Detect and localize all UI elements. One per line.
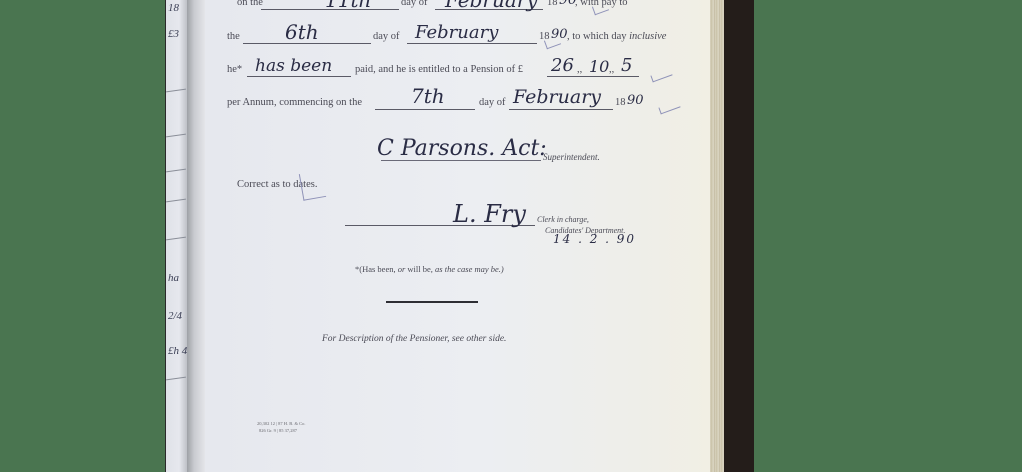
footnote-italic: as the case may be.)	[435, 264, 504, 274]
footnote-or: or	[398, 264, 406, 274]
pencil-tick-icon	[658, 101, 680, 115]
margin-rule	[166, 89, 186, 93]
left-page-edge: 18 £3 ha 2/4 £h 4	[165, 0, 188, 472]
line2-day: 6th	[285, 20, 319, 44]
line4-day: 7th	[411, 84, 445, 108]
divider	[386, 301, 478, 303]
margin-mark: £h 4	[168, 345, 187, 357]
margin-mark: 2/4	[168, 310, 182, 322]
line3-status: has been	[255, 56, 332, 76]
line2-suffix-text: , to which day	[567, 31, 627, 42]
line2-mid: day of	[373, 31, 400, 42]
clerk-title-line1: Clerk in charge,	[537, 215, 589, 224]
margin-rule	[166, 377, 186, 381]
line2-prefix: the	[227, 31, 240, 42]
book-gutter	[187, 0, 205, 472]
printer-imprint-line2: 826 Gr. 9 | 85 37,287	[259, 428, 297, 433]
margin-mark: 18	[168, 2, 179, 14]
margin-mark: ha	[168, 272, 179, 284]
printer-imprint-line1: 20,302 12 | 87 H. B. & Co.	[257, 421, 306, 426]
margin-rule	[166, 134, 186, 138]
pencil-tick-icon	[299, 170, 326, 201]
pencil-tick-icon	[650, 69, 672, 83]
line4-month: February	[513, 86, 601, 108]
book-cover	[724, 0, 754, 472]
document-page: on the 11th day of February 18 90 , with…	[205, 0, 710, 472]
footnote: *(Has been, or will be, as the case may …	[355, 264, 504, 274]
description-note: For Description of the Pensioner, see ot…	[322, 334, 506, 344]
superintendent-title: Superintendent.	[543, 152, 600, 162]
footnote-will-be: will be,	[407, 264, 433, 274]
line3-shillings: 10	[589, 57, 609, 76]
footnote-prefix: *(Has been,	[355, 264, 396, 274]
line4-prefix: per Annum, commencing on the	[227, 97, 362, 108]
line3-prefix: he*	[227, 64, 242, 75]
superintendent-signature: C Parsons. Act:	[377, 136, 547, 161]
line3-sep1: ,,	[577, 64, 582, 75]
line1-day: 11th	[325, 0, 371, 12]
line2-suffix-italic: inclusive	[629, 31, 666, 42]
line3-pounds: 26	[551, 55, 574, 76]
clerk-signature: L. Fry	[453, 200, 526, 228]
clerk-date: 14 . 2 . 90	[553, 232, 636, 246]
line1-mid: day of	[401, 0, 428, 8]
margin-rule	[166, 199, 186, 203]
line3-mid: paid, and he is entitled to a Pension of…	[355, 64, 523, 75]
line3-sep2: ,,	[609, 64, 614, 75]
page-edges	[710, 0, 724, 472]
line1-prefix: on the	[237, 0, 263, 8]
line1-month: February	[445, 0, 538, 12]
margin-rule	[166, 237, 186, 241]
line2-month: February	[415, 22, 498, 43]
line3-pence: 5	[621, 55, 632, 76]
line2-suffix: , to which day inclusive	[567, 31, 666, 42]
line4-year-printed: 18	[615, 97, 626, 108]
line1-year-printed: 18	[547, 0, 558, 8]
line4-mid: day of	[479, 97, 506, 108]
margin-rule	[166, 169, 186, 173]
line4-year-hand: 90	[627, 93, 644, 108]
margin-mark: £3	[168, 28, 179, 40]
